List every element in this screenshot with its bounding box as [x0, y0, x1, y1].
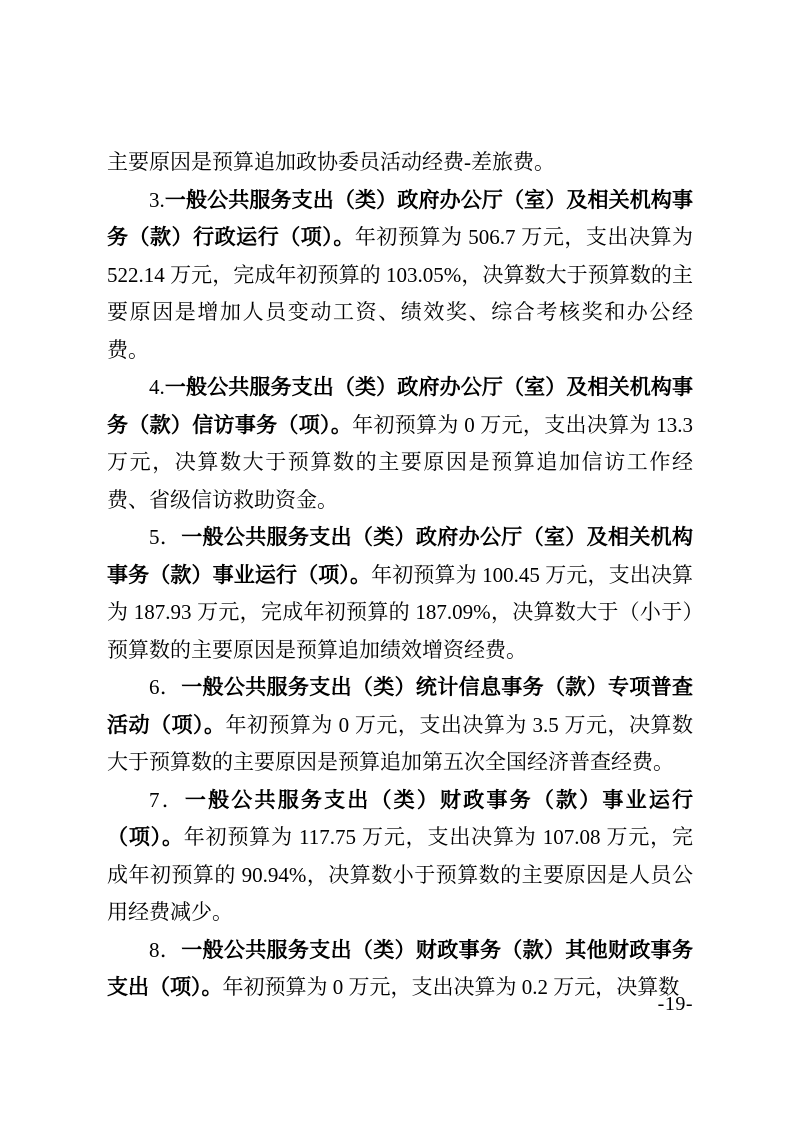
paragraph-1: 主要原因是预算追加政协委员活动经费-差旅费。 — [107, 144, 693, 182]
paragraph-body-text: 8． — [149, 938, 181, 962]
paragraph-body-text: 3. — [149, 188, 165, 212]
paragraph-7: 8．一般公共服务支出（类）财政事务（款）其他财政事务支出（项）。年初预算为 0 … — [107, 932, 693, 1007]
paragraph-5: 6．一般公共服务支出（类）统计信息事务（款）专项普查活动（项）。年初预算为 0 … — [107, 669, 693, 782]
paragraph-body-text: 年初预算为 0 万元，支出决算为 0.2 万元，决算数 — [223, 975, 680, 999]
paragraph-6: 7．一般公共服务支出（类）财政事务（款）事业运行（项）。年初预算为 117.75… — [107, 782, 693, 932]
paragraph-2: 3.一般公共服务支出（类）政府办公厅（室）及相关机构事务（款）行政运行（项）。年… — [107, 182, 693, 370]
paragraph-3: 4.一般公共服务支出（类）政府办公厅（室）及相关机构事务（款）信访事务（项）。年… — [107, 369, 693, 519]
page-number: -19- — [658, 991, 693, 1017]
paragraph-body-text: 4. — [149, 375, 165, 399]
document-body: 主要原因是预算追加政协委员活动经费-差旅费。3.一般公共服务支出（类）政府办公厅… — [107, 144, 693, 1007]
paragraph-body-text: 7． — [149, 788, 185, 812]
paragraph-body-text: 年初预算为 117.75 万元，支出决算为 107.08 万元，完成年初预算的 … — [107, 825, 693, 924]
paragraph-body-text: 5． — [149, 525, 181, 549]
document-page: 主要原因是预算追加政协委员活动经费-差旅费。3.一般公共服务支出（类）政府办公厅… — [0, 0, 793, 1122]
paragraph-body-text: 6． — [149, 675, 181, 699]
paragraph-body-text: 主要原因是预算追加政协委员活动经费-差旅费。 — [107, 150, 555, 174]
paragraph-4: 5．一般公共服务支出（类）政府办公厅（室）及相关机构事务（款）事业运行（项）。年… — [107, 519, 693, 669]
